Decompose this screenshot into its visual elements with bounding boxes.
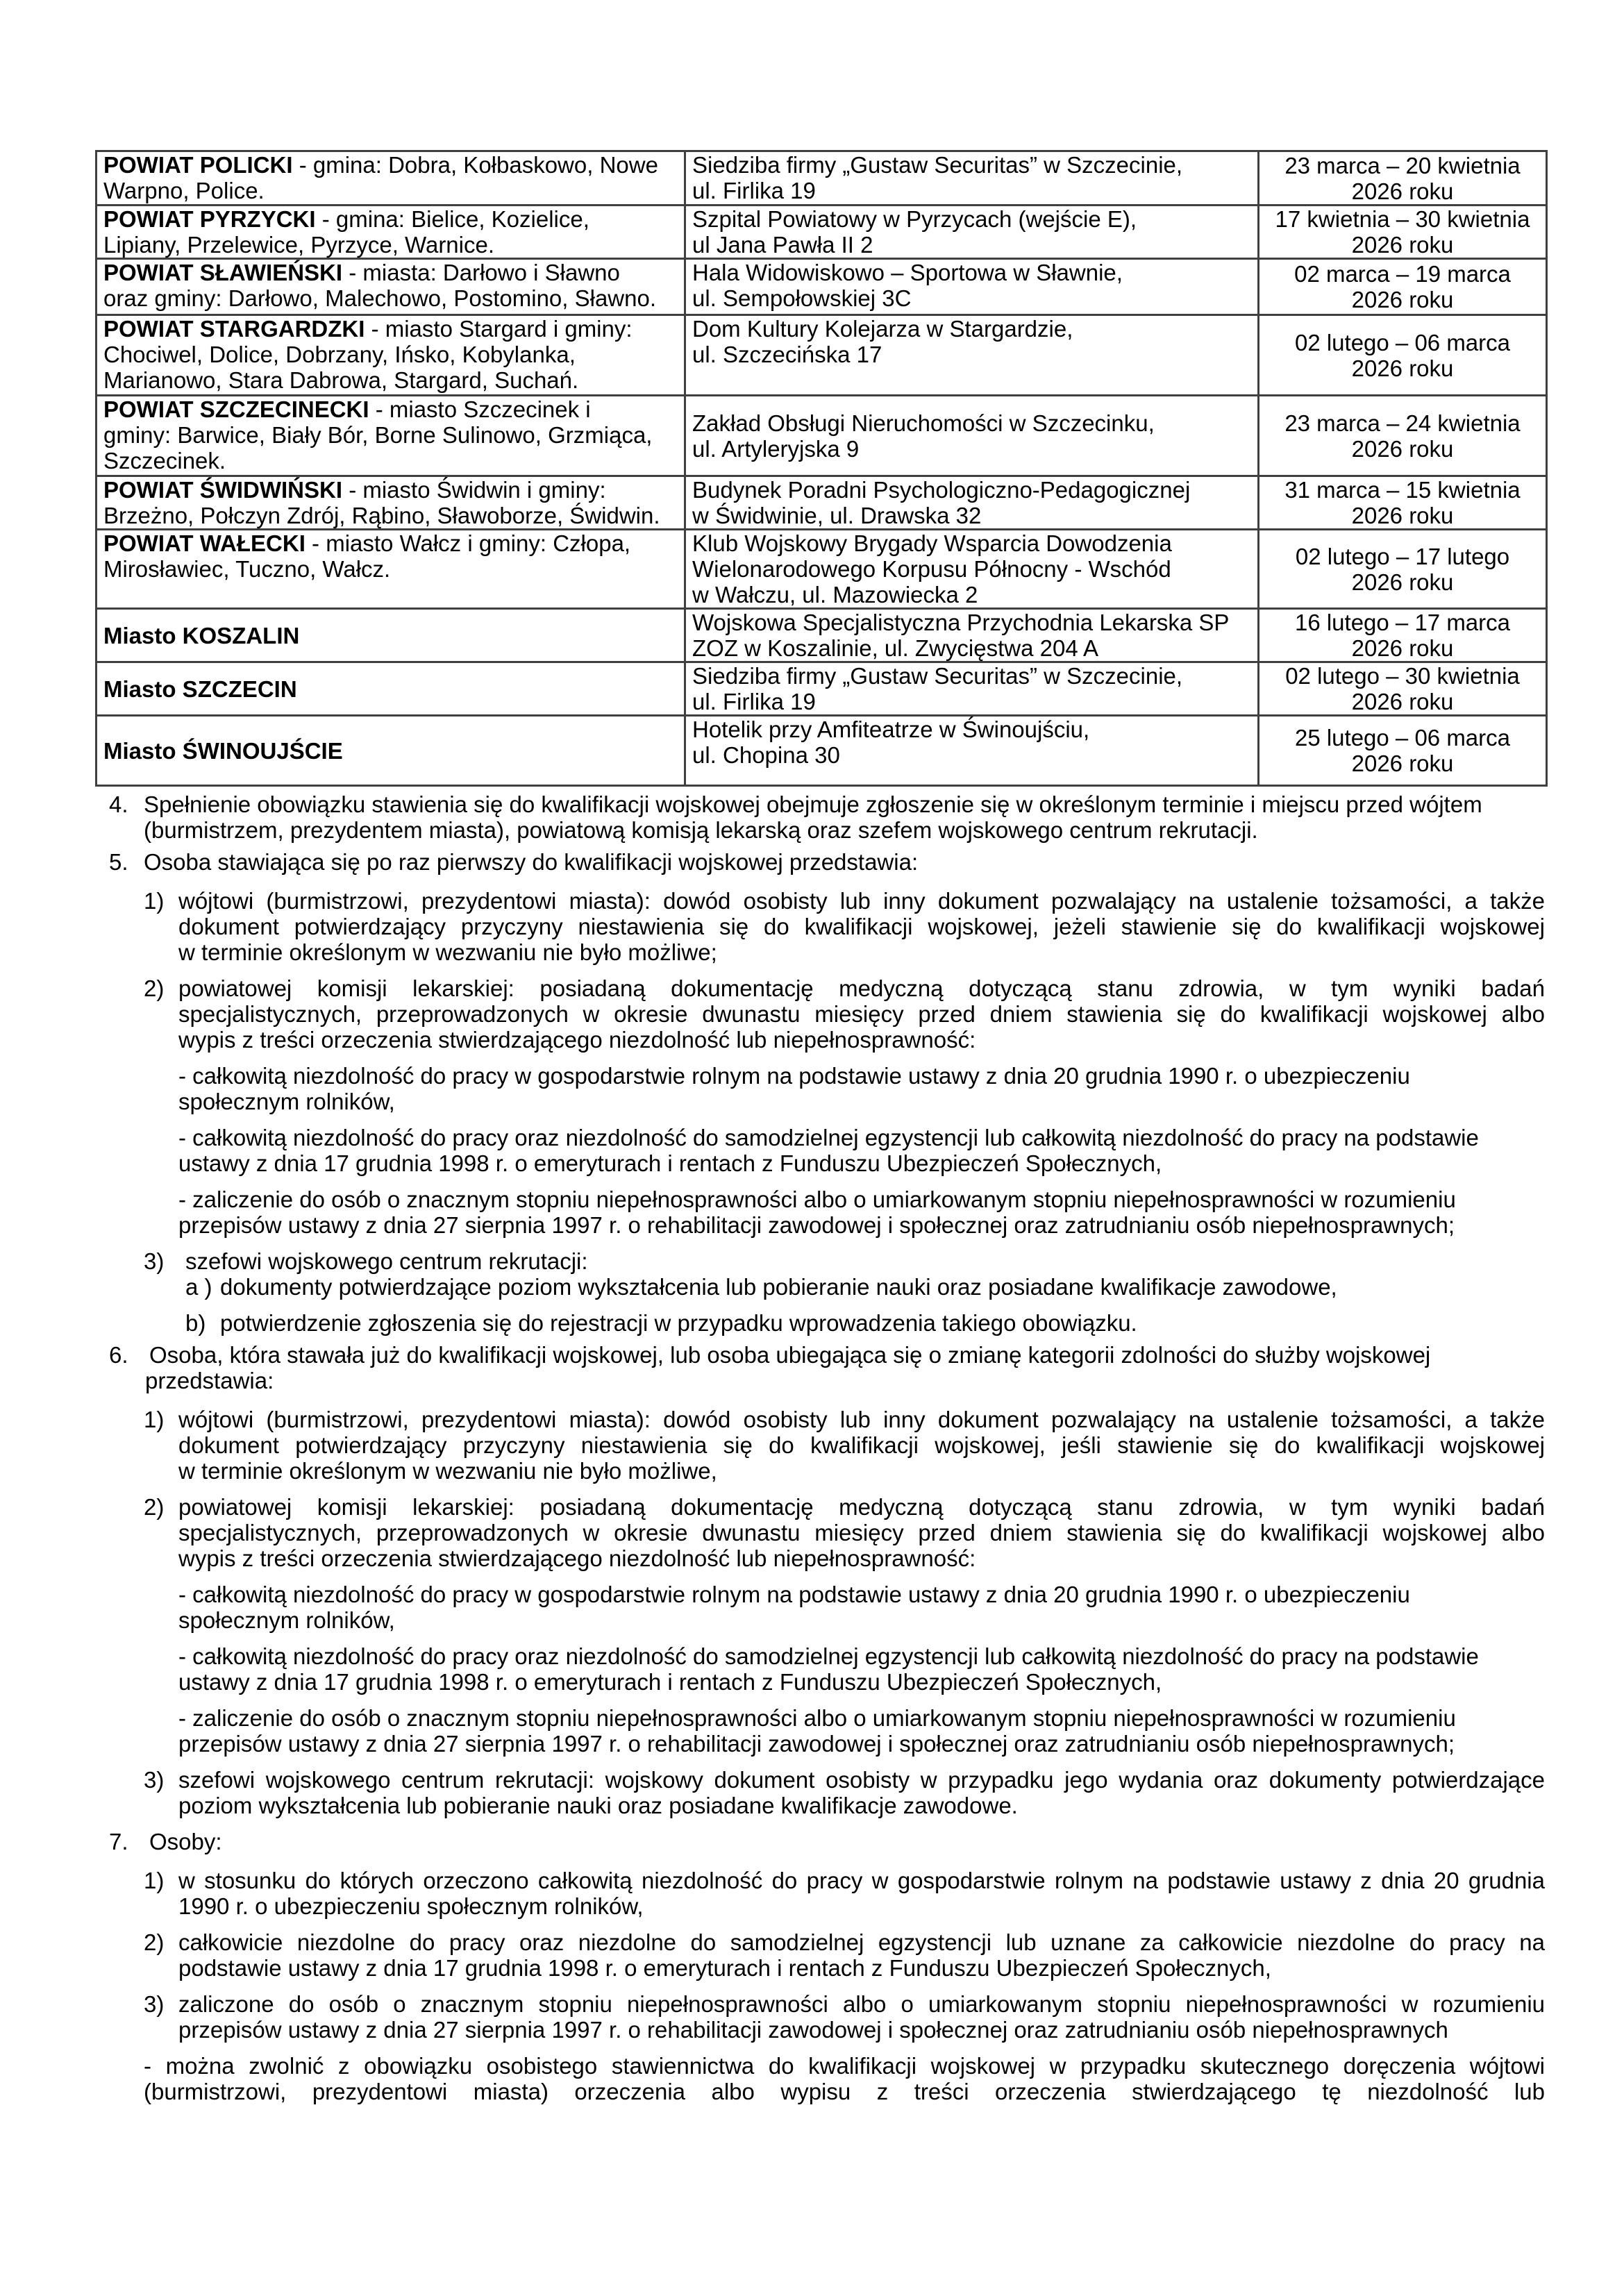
date-range-cell: 16 lutego – 17 marca2026 roku: [1259, 609, 1547, 662]
item-line: poziom wykształcenia lub pobieranie nauk…: [178, 1793, 1545, 1818]
item-line: dokument potwierdzający przyczyny niesta…: [178, 914, 1545, 939]
area-cell: Miasto KOSZALIN: [97, 609, 685, 662]
date-line: 2026 roku: [1266, 178, 1539, 204]
document-body: 4. Spełnienie obowiązku stawienia się do…: [109, 791, 1545, 2104]
paragraph-number: 6.: [109, 1342, 128, 1368]
item-line: dokumenty potwierdzające poziom wykształ…: [220, 1274, 1545, 1300]
item-line: specjalistycznych, przeprowadzonych w ok…: [178, 1520, 1545, 1545]
date-line: 31 marca – 15 kwietnia: [1266, 477, 1539, 503]
location-cell: Hotelik przy Amfiteatrze w Świnoujściu,u…: [685, 716, 1259, 786]
area-line: Marianowo, Stara Dabrowa, Stargard, Such…: [103, 367, 678, 393]
paragraph-line: Osoby:: [149, 1829, 1545, 1854]
location-line: ul. Artyleryjska 9: [692, 436, 1251, 462]
area-name: POWIAT WAŁECKI: [103, 530, 305, 556]
location-cell: Siedziba firmy „Gustaw Securitas” w Szcz…: [685, 662, 1259, 716]
p6-item-3: 3) szefowi wojskowego centrum rekrutacji…: [109, 1767, 1545, 1818]
schedule-row: POWIAT SŁAWIEŃSKI - miasta: Darłowo i Sł…: [97, 259, 1547, 315]
area-line: Miasto KOSZALIN: [103, 623, 678, 648]
p7-item-2: 2) całkowicie niezdolne do pracy oraz ni…: [109, 1929, 1545, 1981]
schedule-row: POWIAT SZCZECINECKI - miasto Szczecinek …: [97, 396, 1547, 476]
location-line: Wielonarodowego Korpusu Północny - Wschó…: [692, 556, 1251, 582]
dash-line: społecznym rolników,: [178, 1607, 1545, 1633]
area-name: Miasto ŚWINOUJŚCIE: [103, 738, 343, 764]
p7-item-1: 1) w stosunku do których orzeczono całko…: [109, 1868, 1545, 1919]
dash-line: - całkowitą niezdolność do pracy oraz ni…: [178, 1643, 1545, 1669]
date-range-cell: 02 marca – 19 marca2026 roku: [1259, 259, 1547, 315]
area-name: POWIAT SŁAWIEŃSKI: [103, 260, 342, 285]
date-line: 17 kwietnia – 30 kwietnia: [1266, 206, 1539, 232]
date-line: 02 lutego – 06 marca: [1266, 330, 1539, 355]
area-name: POWIAT STARGARDZKI: [103, 316, 365, 342]
area-name: POWIAT POLICKI: [103, 152, 293, 178]
schedule-table-body: POWIAT POLICKI - gmina: Dobra, Kołbaskow…: [97, 151, 1547, 786]
area-name: Miasto SZCZECIN: [103, 676, 297, 702]
date-range-cell: 23 marca – 20 kwietnia2026 roku: [1259, 151, 1547, 206]
paragraph-4: 4. Spełnienie obowiązku stawienia się do…: [109, 791, 1545, 843]
date-line: 16 lutego – 17 marca: [1266, 610, 1539, 635]
date-line: 2026 roku: [1266, 751, 1539, 776]
item-number: 3): [144, 1248, 164, 1274]
paragraph-line: przedstawia:: [145, 1368, 1545, 1393]
date-line: 23 marca – 24 kwietnia: [1266, 410, 1539, 436]
date-line: 23 marca – 20 kwietnia: [1266, 153, 1539, 178]
date-line: 2026 roku: [1266, 635, 1539, 661]
item-line: w terminie określonym w wezwaniu nie był…: [178, 939, 1545, 965]
location-cell: Wojskowa Specjalistyczna Przychodnia Lek…: [685, 609, 1259, 662]
date-line: 2026 roku: [1266, 232, 1539, 258]
item-line: wójtowi (burmistrzowi, prezydentowi mias…: [178, 1407, 1545, 1432]
area-line: gminy: Barwice, Biały Bór, Borne Sulinow…: [103, 422, 678, 448]
area-line: POWIAT POLICKI - gmina: Dobra, Kołbaskow…: [103, 152, 678, 178]
item-number: 2): [144, 975, 164, 1001]
area-cell: POWIAT SŁAWIEŃSKI - miasta: Darłowo i Sł…: [97, 259, 685, 315]
p7-item-3: 3) zaliczone do osób o znacznym stopniu …: [109, 1991, 1545, 2043]
date-line: 2026 roku: [1266, 287, 1539, 312]
location-cell: Budynek Poradni Psychologiczno-Pedagogic…: [685, 476, 1259, 530]
item-line: wypis z treści orzeczenia stwierdzająceg…: [178, 1545, 1545, 1571]
item-number: 2): [144, 1929, 164, 1955]
location-line: Zakład Obsługi Nieruchomości w Szczecink…: [692, 410, 1251, 436]
closing-line: (burmistrzowi, prezydentowi miasta) orze…: [144, 2079, 1545, 2104]
p6-dash-3: - zaliczenie do osób o znacznym stopniu …: [109, 1705, 1545, 1757]
location-cell: Siedziba firmy „Gustaw Securitas” w Szcz…: [685, 151, 1259, 206]
schedule-row: POWIAT POLICKI - gmina: Dobra, Kołbaskow…: [97, 151, 1547, 206]
area-line: Miasto SZCZECIN: [103, 676, 678, 702]
area-cell: POWIAT ŚWIDWIŃSKI - miasto Świdwin i gmi…: [97, 476, 685, 530]
area-name: POWIAT ŚWIDWIŃSKI: [103, 477, 342, 503]
date-range-cell: 31 marca – 15 kwietnia2026 roku: [1259, 476, 1547, 530]
p6-dash-2: - całkowitą niezdolność do pracy oraz ni…: [109, 1643, 1545, 1695]
area-name: Miasto KOSZALIN: [103, 623, 299, 648]
item-line: w stosunku do których orzeczono całkowit…: [178, 1868, 1545, 1893]
area-name: POWIAT PYRZYCKI: [103, 206, 316, 232]
item-number: 3): [144, 1991, 164, 2017]
dash-line: przepisów ustawy z dnia 27 sierpnia 1997…: [178, 1212, 1545, 1238]
item-number: 1): [144, 888, 164, 914]
item-number: 2): [144, 1494, 164, 1520]
item-letter: a ): [185, 1274, 212, 1300]
area-cell: POWIAT STARGARDZKI - miasto Stargard i g…: [97, 315, 685, 396]
schedule-row: Miasto ŚWINOUJŚCIEHotelik przy Amfiteatr…: [97, 716, 1547, 786]
date-range-cell: 25 lutego – 06 marca2026 roku: [1259, 716, 1547, 786]
location-line: ul Jana Pawła II 2: [692, 232, 1251, 258]
item-number: 3): [144, 1767, 164, 1793]
item-line: potwierdzenie zgłoszenia się do rejestra…: [220, 1310, 1545, 1336]
area-line: POWIAT SZCZECINECKI - miasto Szczecinek …: [103, 396, 678, 422]
area-line: POWIAT WAŁECKI - miasto Wałcz i gminy: C…: [103, 530, 678, 556]
p5-item-3a: a ) dokumenty potwierdzające poziom wyks…: [109, 1274, 1545, 1300]
paragraph-line: Spełnienie obowiązku stawienia się do kw…: [144, 791, 1545, 817]
item-number: 1): [144, 1868, 164, 1893]
item-line: powiatowej komisji lekarskiej: posiadaną…: [178, 975, 1545, 1001]
location-line: Budynek Poradni Psychologiczno-Pedagogic…: [692, 477, 1251, 503]
schedule-row: POWIAT STARGARDZKI - miasto Stargard i g…: [97, 315, 1547, 396]
location-cell: Dom Kultury Kolejarza w Stargardzie,ul. …: [685, 315, 1259, 396]
area-cell: POWIAT SZCZECINECKI - miasto Szczecinek …: [97, 396, 685, 476]
p5-item-2: 2) powiatowej komisji lekarskiej: posiad…: [109, 975, 1545, 1053]
paragraph-number: 4.: [109, 791, 128, 817]
p7-closing: - można zwolnić z obowiązku osobistego s…: [109, 2053, 1545, 2104]
p5-dash-2: - całkowitą niezdolność do pracy oraz ni…: [109, 1125, 1545, 1176]
date-line: 25 lutego – 06 marca: [1266, 725, 1539, 751]
paragraph-line: (burmistrzem, prezydentem miasta), powia…: [144, 817, 1545, 843]
date-line: 02 marca – 19 marca: [1266, 261, 1539, 287]
p6-dash-1: - całkowitą niezdolność do pracy w gospo…: [109, 1582, 1545, 1633]
item-line: wypis z treści orzeczenia stwierdzająceg…: [178, 1027, 1545, 1053]
area-line: oraz gminy: Darłowo, Malechowo, Postomin…: [103, 285, 678, 311]
area-line: Lipiany, Przelewice, Pyrzyce, Warnice.: [103, 232, 678, 258]
schedule-row: POWIAT PYRZYCKI - gmina: Bielice, Koziel…: [97, 206, 1547, 259]
paragraph-7: 7. Osoby:: [109, 1829, 1545, 1854]
date-line: 2026 roku: [1266, 569, 1539, 595]
p6-item-2: 2) powiatowej komisji lekarskiej: posiad…: [109, 1494, 1545, 1571]
schedule-row: POWIAT ŚWIDWIŃSKI - miasto Świdwin i gmi…: [97, 476, 1547, 530]
area-line: Szczecinek.: [103, 448, 678, 474]
location-line: ZOZ w Koszalinie, ul. Zwycięstwa 204 A: [692, 635, 1251, 661]
item-line: zaliczone do osób o znacznym stopniu nie…: [178, 1991, 1545, 2017]
schedule-row: Miasto SZCZECINSiedziba firmy „Gustaw Se…: [97, 662, 1547, 716]
item-line: 1990 r. o ubezpieczeniu społecznym rolni…: [178, 1893, 1545, 1919]
item-line: specjalistycznych, przeprowadzonych w ok…: [178, 1001, 1545, 1027]
qualification-schedule-table: POWIAT POLICKI - gmina: Dobra, Kołbaskow…: [95, 150, 1548, 787]
closing-line: - można zwolnić z obowiązku osobistego s…: [144, 2053, 1545, 2079]
paragraph-5: 5. Osoba stawiająca się po raz pierwszy …: [109, 849, 1545, 875]
date-line: 02 lutego – 30 kwietnia: [1266, 663, 1539, 689]
dash-line: przepisów ustawy z dnia 27 sierpnia 1997…: [178, 1731, 1545, 1757]
date-line: 2026 roku: [1266, 436, 1539, 462]
area-cell: Miasto SZCZECIN: [97, 662, 685, 716]
dash-line: - zaliczenie do osób o znacznym stopniu …: [178, 1705, 1545, 1731]
paragraph-6: 6. Osoba, która stawała już do kwalifika…: [109, 1342, 1545, 1393]
area-cell: POWIAT POLICKI - gmina: Dobra, Kołbaskow…: [97, 151, 685, 206]
location-line: ul. Chopina 30: [692, 742, 1251, 768]
location-line: Hotelik przy Amfiteatrze w Świnoujściu,: [692, 717, 1251, 742]
location-line: Hala Widowiskowo – Sportowa w Sławnie,: [692, 260, 1251, 285]
location-cell: Szpital Powiatowy w Pyrzycach (wejście E…: [685, 206, 1259, 259]
p5-item-1: 1) wójtowi (burmistrzowi, prezydentowi m…: [109, 888, 1545, 965]
area-line: POWIAT SŁAWIEŃSKI - miasta: Darłowo i Sł…: [103, 260, 678, 285]
item-line: całkowicie niezdolne do pracy oraz niezd…: [178, 1929, 1545, 1955]
dash-line: - całkowitą niezdolność do pracy w gospo…: [178, 1582, 1545, 1607]
location-line: Szpital Powiatowy w Pyrzycach (wejście E…: [692, 206, 1251, 232]
item-line: dokument potwierdzający przyczyny niesta…: [178, 1432, 1545, 1458]
document-page: POWIAT POLICKI - gmina: Dobra, Kołbaskow…: [0, 0, 1624, 2296]
area-cell: POWIAT WAŁECKI - miasto Wałcz i gminy: C…: [97, 530, 685, 609]
paragraph-line: Osoba, która stawała już do kwalifikacji…: [149, 1342, 1545, 1368]
p5-item-3b: b) potwierdzenie zgłoszenia się do rejes…: [109, 1310, 1545, 1336]
area-name: POWIAT SZCZECINECKI: [103, 396, 369, 422]
date-line: 2026 roku: [1266, 689, 1539, 714]
location-line: ul. Sempołowskiej 3C: [692, 285, 1251, 311]
location-line: ul. Firlika 19: [692, 689, 1251, 714]
p5-dash-1: - całkowitą niezdolność do pracy w gospo…: [109, 1063, 1545, 1114]
location-line: w Wałczu, ul. Mazowiecka 2: [692, 582, 1251, 607]
p5-dash-3: - zaliczenie do osób o znacznym stopniu …: [109, 1187, 1545, 1238]
date-range-cell: 23 marca – 24 kwietnia2026 roku: [1259, 396, 1547, 476]
area-line: Miasto ŚWINOUJŚCIE: [103, 738, 678, 764]
item-line: podstawie ustawy z dnia 17 grudnia 1998 …: [178, 1955, 1545, 1981]
location-cell: Hala Widowiskowo – Sportowa w Sławnie,ul…: [685, 259, 1259, 315]
area-line: POWIAT STARGARDZKI - miasto Stargard i g…: [103, 316, 678, 342]
item-line: szefowi wojskowego centrum rekrutacji:: [185, 1248, 1545, 1274]
schedule-row: POWIAT WAŁECKI - miasto Wałcz i gminy: C…: [97, 530, 1547, 609]
location-line: ul. Firlika 19: [692, 178, 1251, 203]
dash-line: - całkowitą niezdolność do pracy oraz ni…: [178, 1125, 1545, 1150]
p5-item-3: 3) szefowi wojskowego centrum rekrutacji…: [109, 1248, 1545, 1274]
location-line: w Świdwinie, ul. Drawska 32: [692, 503, 1251, 528]
location-line: Siedziba firmy „Gustaw Securitas” w Szcz…: [692, 152, 1251, 178]
area-line: Mirosławiec, Tuczno, Wałcz.: [103, 556, 678, 582]
date-range-cell: 17 kwietnia – 30 kwietnia2026 roku: [1259, 206, 1547, 259]
location-line: Klub Wojskowy Brygady Wsparcia Dowodzeni…: [692, 530, 1251, 556]
paragraph-number: 5.: [109, 849, 128, 875]
item-line: szefowi wojskowego centrum rekrutacji: w…: [178, 1767, 1545, 1793]
item-letter: b): [185, 1310, 206, 1336]
area-line: Warpno, Police.: [103, 178, 678, 203]
dash-line: społecznym rolników,: [178, 1089, 1545, 1114]
paragraph-line: Osoba stawiająca się po raz pierwszy do …: [144, 849, 1545, 875]
location-line: Siedziba firmy „Gustaw Securitas” w Szcz…: [692, 663, 1251, 689]
dash-line: - zaliczenie do osób o znacznym stopniu …: [178, 1187, 1545, 1212]
item-line: wójtowi (burmistrzowi, prezydentowi mias…: [178, 888, 1545, 914]
location-cell: Zakład Obsługi Nieruchomości w Szczecink…: [685, 396, 1259, 476]
paragraph-number: 7.: [109, 1829, 128, 1854]
area-cell: POWIAT PYRZYCKI - gmina: Bielice, Koziel…: [97, 206, 685, 259]
location-line: Wojskowa Specjalistyczna Przychodnia Lek…: [692, 610, 1251, 635]
location-cell: Klub Wojskowy Brygady Wsparcia Dowodzeni…: [685, 530, 1259, 609]
dash-line: ustawy z dnia 17 grudnia 1998 r. o emery…: [178, 1669, 1545, 1695]
item-line: powiatowej komisji lekarskiej: posiadaną…: [178, 1494, 1545, 1520]
location-line: ul. Szczecińska 17: [692, 342, 1251, 367]
date-range-cell: 02 lutego – 06 marca2026 roku: [1259, 315, 1547, 396]
area-line: Brzeżno, Połczyn Zdrój, Rąbino, Sławobor…: [103, 503, 678, 528]
dash-line: - całkowitą niezdolność do pracy w gospo…: [178, 1063, 1545, 1089]
date-range-cell: 02 lutego – 30 kwietnia2026 roku: [1259, 662, 1547, 716]
schedule-row: Miasto KOSZALINWojskowa Specjalistyczna …: [97, 609, 1547, 662]
dash-line: ustawy z dnia 17 grudnia 1998 r. o emery…: [178, 1150, 1545, 1176]
area-line: POWIAT PYRZYCKI - gmina: Bielice, Koziel…: [103, 206, 678, 232]
location-line: Dom Kultury Kolejarza w Stargardzie,: [692, 316, 1251, 342]
item-number: 1): [144, 1407, 164, 1432]
p6-item-1: 1) wójtowi (burmistrzowi, prezydentowi m…: [109, 1407, 1545, 1484]
date-line: 2026 roku: [1266, 503, 1539, 528]
date-range-cell: 02 lutego – 17 lutego2026 roku: [1259, 530, 1547, 609]
area-line: POWIAT ŚWIDWIŃSKI - miasto Świdwin i gmi…: [103, 477, 678, 503]
date-line: 02 lutego – 17 lutego: [1266, 544, 1539, 569]
area-line: Chociwel, Dolice, Dobrzany, Ińsko, Kobyl…: [103, 342, 678, 367]
item-line: przepisów ustawy z dnia 27 sierpnia 1997…: [178, 2017, 1545, 2043]
date-line: 2026 roku: [1266, 355, 1539, 381]
area-cell: Miasto ŚWINOUJŚCIE: [97, 716, 685, 786]
item-line: w terminie określonym w wezwaniu nie był…: [178, 1458, 1545, 1484]
